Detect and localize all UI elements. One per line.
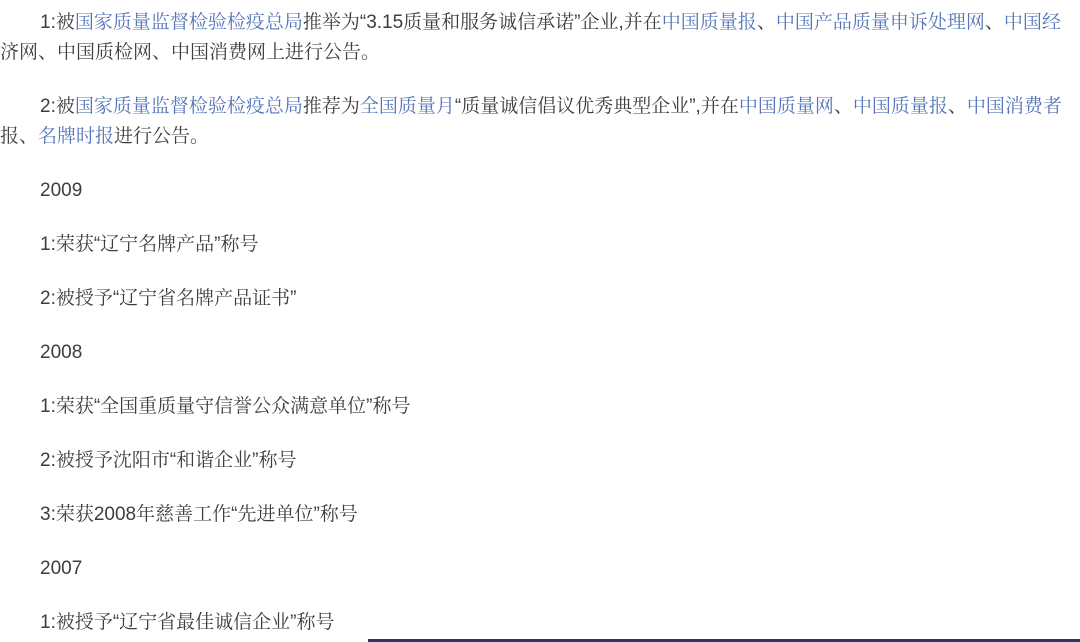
honor-item: 3:荣获2008年慈善工作“先进单位”称号 [0,500,1080,530]
text-segment: 2009 [40,180,82,201]
paragraph: 1:被国家质量监督检验检疫总局推举为“3.15质量和服务诚信承诺”企业,并在中国… [0,8,1080,68]
inline-link[interactable]: 中国质量报 [662,12,757,33]
text-segment: 、 [948,96,967,117]
text-segment: 报、 [0,126,38,147]
inline-link[interactable]: 中国产品质量申诉处理网 [776,12,985,33]
text-segment: 3:荣获2008年慈善工作“先进单位”称号 [40,504,358,525]
text-segment: 2008 [40,342,82,363]
text-line: 2009 [0,176,1080,206]
document-page: 1:被国家质量监督检验检疫总局推举为“3.15质量和服务诚信承诺”企业,并在中国… [0,0,1080,642]
inline-link[interactable]: 中国质量网 [739,96,834,117]
paragraph: 2:被国家质量监督检验检疫总局推荐为全国质量月“质量诚信倡议优秀典型企业”,并在… [0,92,1080,152]
text-line: 3:荣获2008年慈善工作“先进单位”称号 [0,500,1080,530]
text-line: 报、名牌时报进行公告。 [0,122,1080,152]
text-segment: 、 [834,96,853,117]
text-segment: 、 [757,12,776,33]
inline-link[interactable]: 中国经 [1004,12,1061,33]
inline-link[interactable]: 国家质量监督检验检疫总局 [75,96,303,117]
text-segment: “质量诚信倡议优秀典型企业”,并在 [455,96,739,117]
text-line: 2007 [0,554,1080,584]
inline-link[interactable]: 名牌时报 [38,126,114,147]
inline-link[interactable]: 国家质量监督检验检疫总局 [75,12,303,33]
text-line: 2:被授予“辽宁省名牌产品证书” [0,284,1080,314]
text-line: 2008 [0,338,1080,368]
text-line: 2:被授予沈阳市“和谐企业”称号 [0,446,1080,476]
text-line: 1:荣获“辽宁名牌产品”称号 [0,230,1080,260]
text-line: 济网、中国质检网、中国消费网上进行公告。 [0,38,1080,68]
inline-link[interactable]: 中国质量报 [853,96,948,117]
text-segment: 2007 [40,558,82,579]
text-segment: 2:被授予沈阳市“和谐企业”称号 [40,450,297,471]
honor-item: 1:荣获“辽宁名牌产品”称号 [0,230,1080,260]
text-segment: 2:被 [40,96,75,117]
inline-link[interactable]: 全国质量月 [360,96,455,117]
text-segment: 1:被授予“辽宁省最佳诚信企业”称号 [40,612,335,633]
year-heading: 2008 [0,338,1080,368]
inline-link[interactable]: 中国消费者 [967,96,1062,117]
honor-item: 1:被授予“辽宁省最佳诚信企业”称号 [0,608,1080,638]
year-heading: 2007 [0,554,1080,584]
text-segment: 1:被 [40,12,75,33]
honor-item: 1:荣获“全国重质量守信誉公众满意单位”称号 [0,392,1080,422]
text-segment: 济网、中国质检网、中国消费网上进行公告。 [0,42,380,63]
text-segment: 、 [985,12,1004,33]
document-body: 1:被国家质量监督检验检疫总局推举为“3.15质量和服务诚信承诺”企业,并在中国… [0,0,1080,638]
text-line: 1:被授予“辽宁省最佳诚信企业”称号 [0,608,1080,638]
text-segment: 1:荣获“全国重质量守信誉公众满意单位”称号 [40,396,411,417]
text-line: 2:被国家质量监督检验检疫总局推荐为全国质量月“质量诚信倡议优秀典型企业”,并在… [0,92,1080,122]
honor-item: 2:被授予沈阳市“和谐企业”称号 [0,446,1080,476]
honor-item: 2:被授予“辽宁省名牌产品证书” [0,284,1080,314]
text-segment: 1:荣获“辽宁名牌产品”称号 [40,234,259,255]
text-segment: 进行公告。 [114,126,209,147]
text-line: 1:被国家质量监督检验检疫总局推举为“3.15质量和服务诚信承诺”企业,并在中国… [0,8,1080,38]
text-segment: 推举为“3.15质量和服务诚信承诺”企业,并在 [303,12,662,33]
year-heading: 2009 [0,176,1080,206]
text-segment: 2:被授予“辽宁省名牌产品证书” [40,288,297,309]
text-segment: 推荐为 [303,96,360,117]
text-line: 1:荣获“全国重质量守信誉公众满意单位”称号 [0,392,1080,422]
